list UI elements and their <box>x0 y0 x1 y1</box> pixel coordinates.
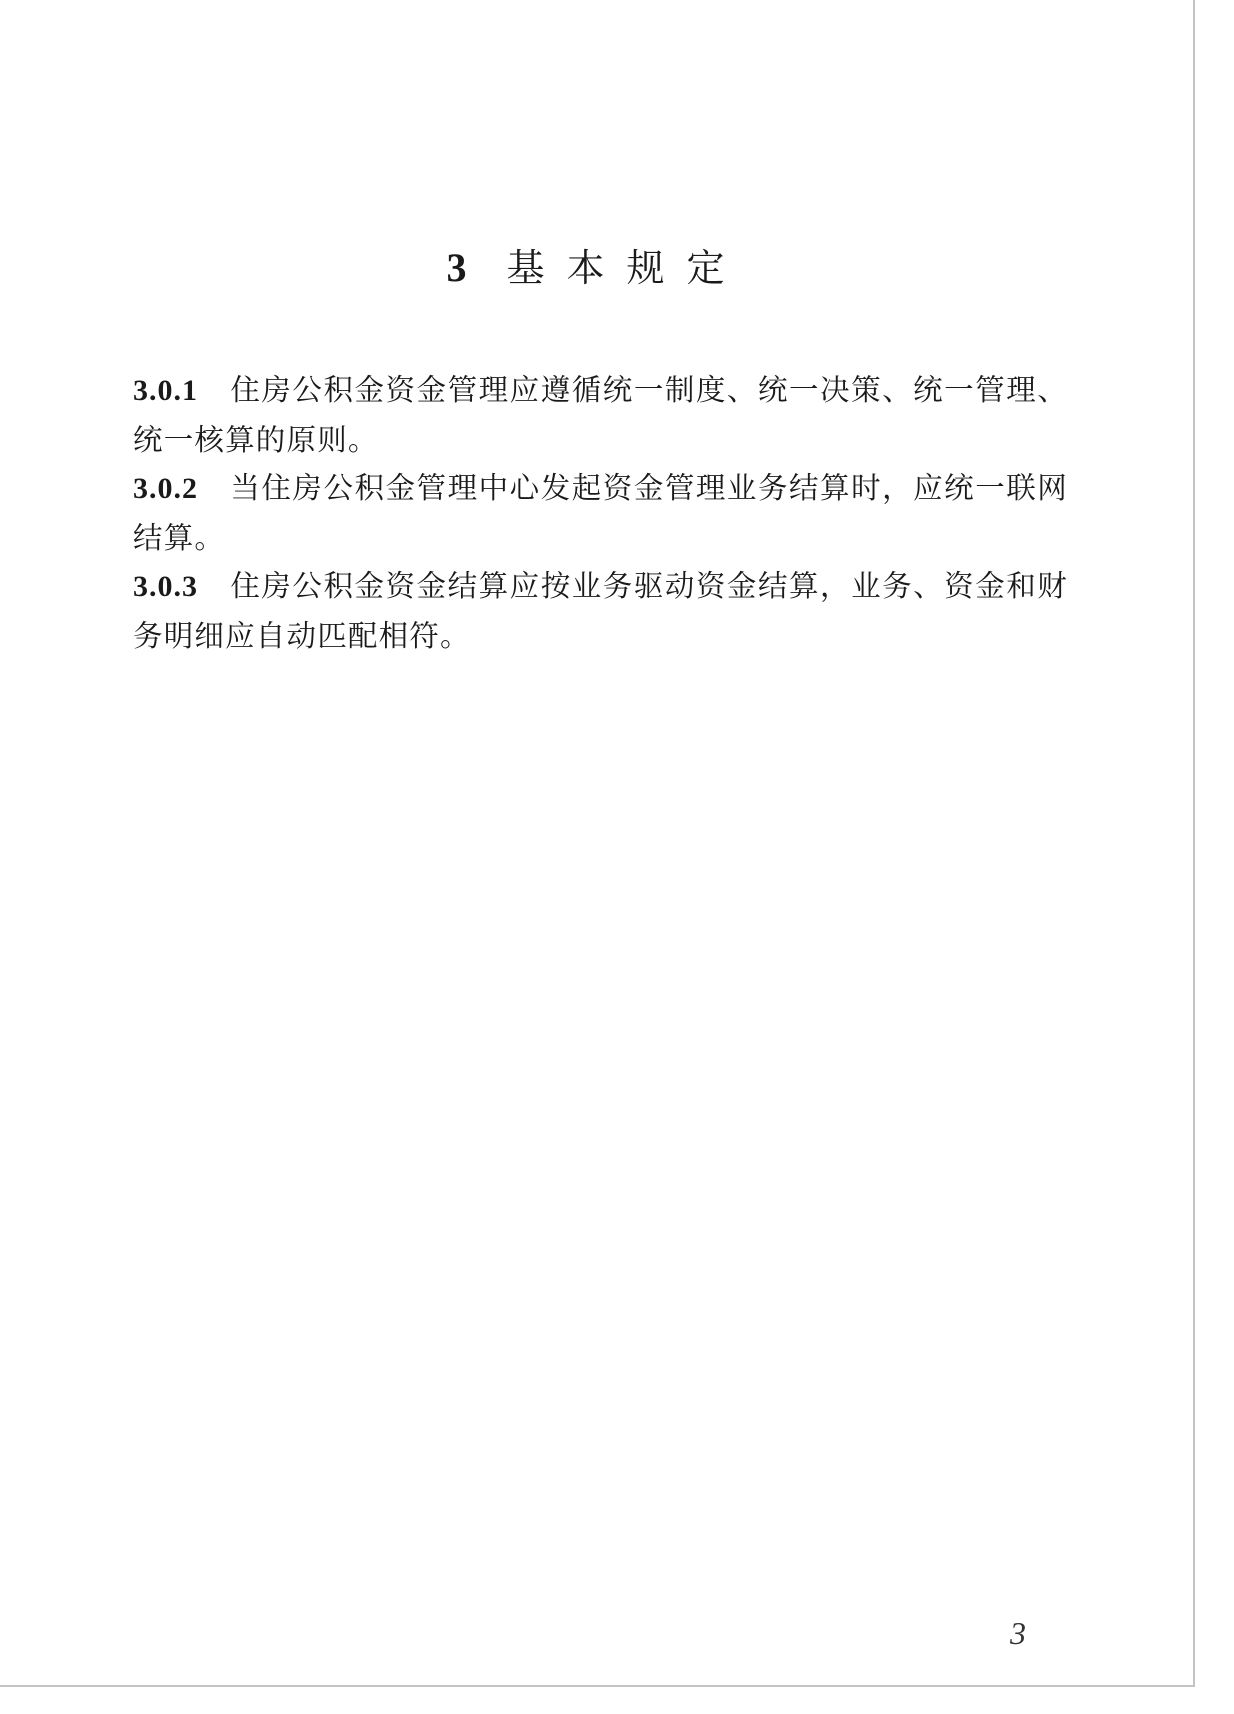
clause-3-0-1: 3.0.1住房公积金资金管理应遵循统一制度、统一决策、统一管理、统一核算的原则。 <box>133 366 1068 464</box>
clause-number: 3.0.3 <box>133 570 198 603</box>
document-page: 3基本规定 3.0.1住房公积金资金管理应遵循统一制度、统一决策、统一管理、统一… <box>0 0 1195 1687</box>
chapter-number: 3 <box>446 245 466 290</box>
clause-3-0-3: 3.0.3住房公积金资金结算应按业务驱动资金结算，业务、资金和财务明细应自动匹配… <box>133 562 1068 660</box>
clause-text: 当住房公积金管理中心发起资金管理业务结算时，应统一联网结算。 <box>133 471 1068 555</box>
clause-number: 3.0.1 <box>133 374 198 407</box>
chapter-title: 基本规定 <box>506 246 746 290</box>
chapter-heading: 3基本规定 <box>0 240 1193 296</box>
clause-3-0-2: 3.0.2当住房公积金管理中心发起资金管理业务结算时，应统一联网结算。 <box>133 464 1068 562</box>
page-number: 3 <box>1010 1615 1026 1652</box>
clause-text: 住房公积金资金管理应遵循统一制度、统一决策、统一管理、统一核算的原则。 <box>133 373 1068 457</box>
clause-text: 住房公积金资金结算应按业务驱动资金结算，业务、资金和财务明细应自动匹配相符。 <box>133 569 1068 653</box>
clause-list: 3.0.1住房公积金资金管理应遵循统一制度、统一决策、统一管理、统一核算的原则。… <box>133 366 1068 660</box>
clause-number: 3.0.2 <box>133 472 198 505</box>
